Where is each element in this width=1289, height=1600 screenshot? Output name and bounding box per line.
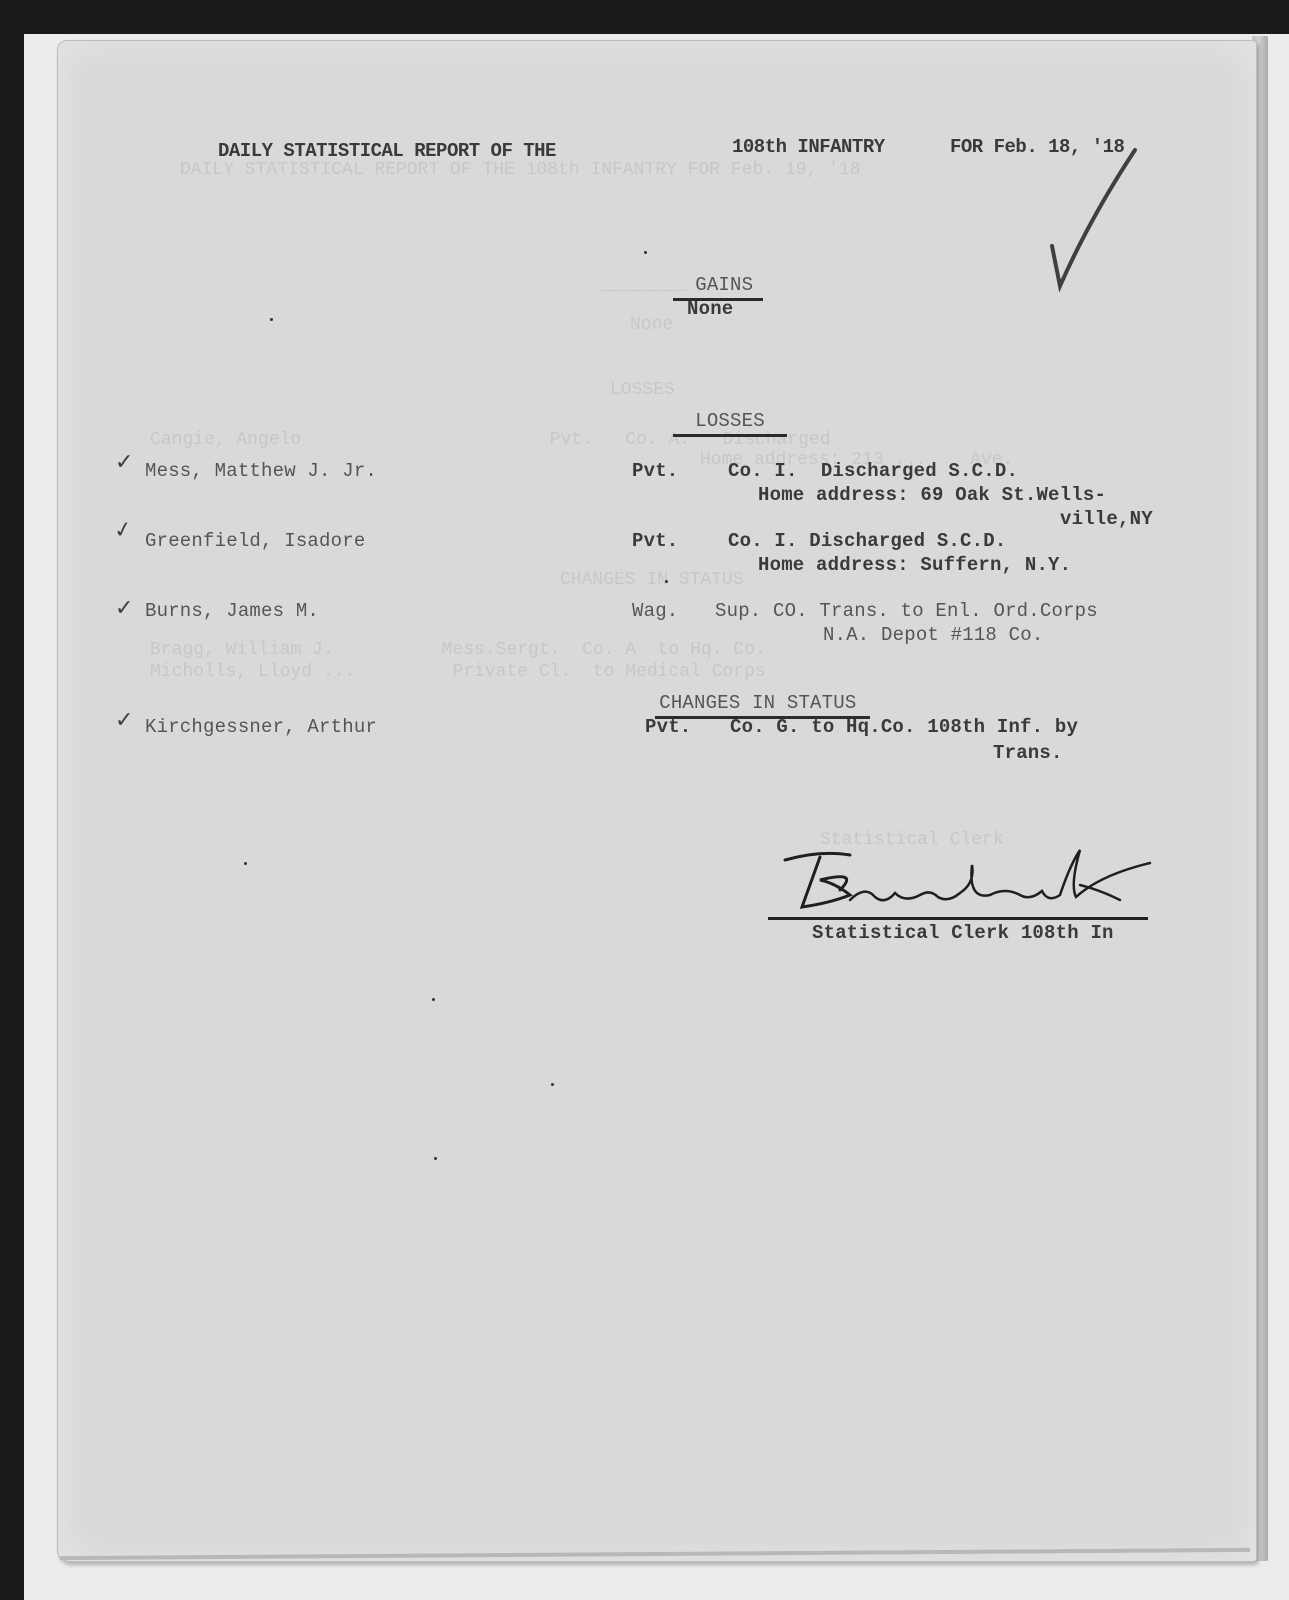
change-detail-cont: Trans. [993, 742, 1063, 764]
loss-rank: Pvt. [632, 460, 678, 482]
loss-detail: Co. I. Discharged S.C.D. [728, 460, 1018, 482]
check-mark-icon: ✓ [115, 450, 133, 475]
change-name: Kirchgessner, Arthur [145, 716, 377, 738]
check-mark-icon: ✓ [115, 596, 133, 621]
loss-detail: Co. I. Discharged S.C.D. [728, 530, 1006, 552]
loss-rank: Wag. [632, 600, 678, 622]
loss-address: Home address: Suffern, N.Y. [758, 554, 1071, 576]
check-mark-icon: ✓ [115, 708, 133, 733]
loss-address-cont: ville,NY [1060, 508, 1153, 530]
changes-heading-wrap: CHANGES IN STATUS [632, 670, 870, 714]
speck [244, 862, 247, 865]
changes-in-status-heading: CHANGES IN STATUS [655, 692, 870, 719]
signature-title: Statistical Clerk 108th In [812, 922, 1114, 944]
loss-name: Greenfield, Isadore [145, 530, 365, 552]
large-check-mark-icon [1040, 148, 1140, 298]
speck [270, 318, 273, 321]
bleed-through-text: CHANGES IN STATUS [560, 570, 744, 590]
loss-detail: Sup. CO. Trans. to Enl. Ord.Corps [715, 600, 1098, 622]
losses-heading-wrap: LOSSES [650, 388, 787, 432]
handwritten-signature [780, 845, 1170, 925]
losses-heading: LOSSES [673, 410, 787, 437]
loss-name: Mess, Matthew J. Jr. [145, 460, 377, 482]
gains-heading: GAINS [673, 274, 763, 301]
change-rank: Pvt. [645, 716, 691, 738]
speck [434, 1157, 437, 1160]
bleed-through-text: None [630, 315, 673, 335]
gains-value: None [687, 298, 733, 320]
loss-address: Home address: 69 Oak St.Wells- [758, 484, 1106, 506]
loss-rank: Pvt. [632, 530, 678, 552]
loss-name: Burns, James M. [145, 600, 319, 622]
bleed-through-text: DAILY STATISTICAL REPORT OF THE 108th IN… [180, 160, 861, 180]
speck [551, 1083, 554, 1086]
loss-detail-cont: N.A. Depot #118 Co. [823, 624, 1043, 646]
change-detail: Co. G. to Hq.Co. 108th Inf. by [730, 716, 1078, 738]
report-title-prefix: DAILY STATISTICAL REPORT OF THE [218, 140, 556, 162]
signature-line [768, 917, 1148, 920]
bleed-through-text: Bragg, William J. Mess.Sergt. Co. A to H… [150, 640, 766, 660]
gains-heading-wrap: GAINS [650, 252, 763, 296]
speck [665, 580, 668, 583]
report-unit: 108th INFANTRY [732, 136, 885, 158]
speck [644, 251, 647, 254]
speck [432, 998, 435, 1001]
